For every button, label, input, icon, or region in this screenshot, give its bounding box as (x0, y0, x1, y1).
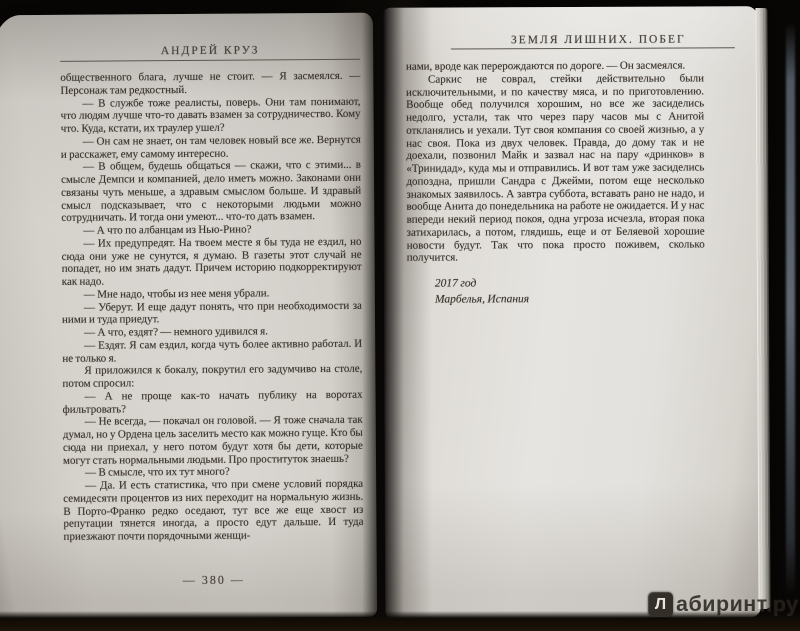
paragraph: — В общем, будешь общаться — скажи, что … (61, 159, 361, 225)
right-header-rule (451, 47, 735, 49)
book-photo: АНДРЕЙ КРУЗ общественного блага, лучше н… (0, 0, 800, 631)
paragraph: нами, вроде как перерождаются по дороге.… (406, 59, 704, 73)
labirint-logo-badge: Л (648, 592, 673, 617)
paragraph: — Уберут. И еще дадут понять, что при не… (62, 299, 362, 327)
page-number: — 380 — (64, 572, 364, 589)
right-page-text: нами, вроде как перерождаются по дороге.… (406, 59, 705, 307)
left-page: АНДРЕЙ КРУЗ общественного блага, лучше н… (0, 13, 377, 620)
paragraph: — Он сам не знает, он там человек новый … (61, 134, 361, 162)
left-page-text: общественного блага, лучше не стоит. — Я… (60, 70, 364, 589)
labirint-watermark: Л абиринт.ру (648, 592, 798, 617)
paragraph: — Ездят. Я сам ездил, когда чуть более а… (62, 338, 362, 366)
left-header-rule (60, 59, 360, 62)
paragraph: Саркис не соврал, стейки действительно б… (406, 72, 705, 265)
labirint-watermark-text: абиринт.ру (676, 592, 798, 617)
paragraph: — А не проще как-то начать публику на во… (63, 389, 363, 417)
right-page: ЗЕМЛЯ ЛИШНИХ. ПОБЕГ нами, вроде как пере… (383, 6, 762, 619)
paragraph: общественного блага, лучше не стоит. — Я… (60, 70, 360, 98)
signature-place: Марбелья, Испания (435, 291, 705, 308)
author-signature: 2017 год Марбелья, Испания (435, 275, 705, 307)
book-cover-edge (786, 22, 795, 597)
paragraph: — Да. И есть статистика, что при смене у… (63, 478, 363, 544)
paragraph: — Не всегда, — покачал он головой. — Я т… (63, 414, 363, 467)
left-running-head: АНДРЕЙ КРУЗ (60, 44, 360, 58)
page-edges-stack (755, 8, 770, 609)
right-running-head: ЗЕМЛЯ ЛИШНИХ. ПОБЕГ (450, 33, 747, 46)
paragraph: — В службе тоже реалисты, поверь. Они та… (60, 95, 360, 135)
signature-year: 2017 год (435, 275, 705, 292)
paragraph: Я приложился к бокалу, покрутил его заду… (62, 363, 362, 391)
paragraph: — Их предупредят. На твоем месте я бы ту… (61, 236, 361, 289)
